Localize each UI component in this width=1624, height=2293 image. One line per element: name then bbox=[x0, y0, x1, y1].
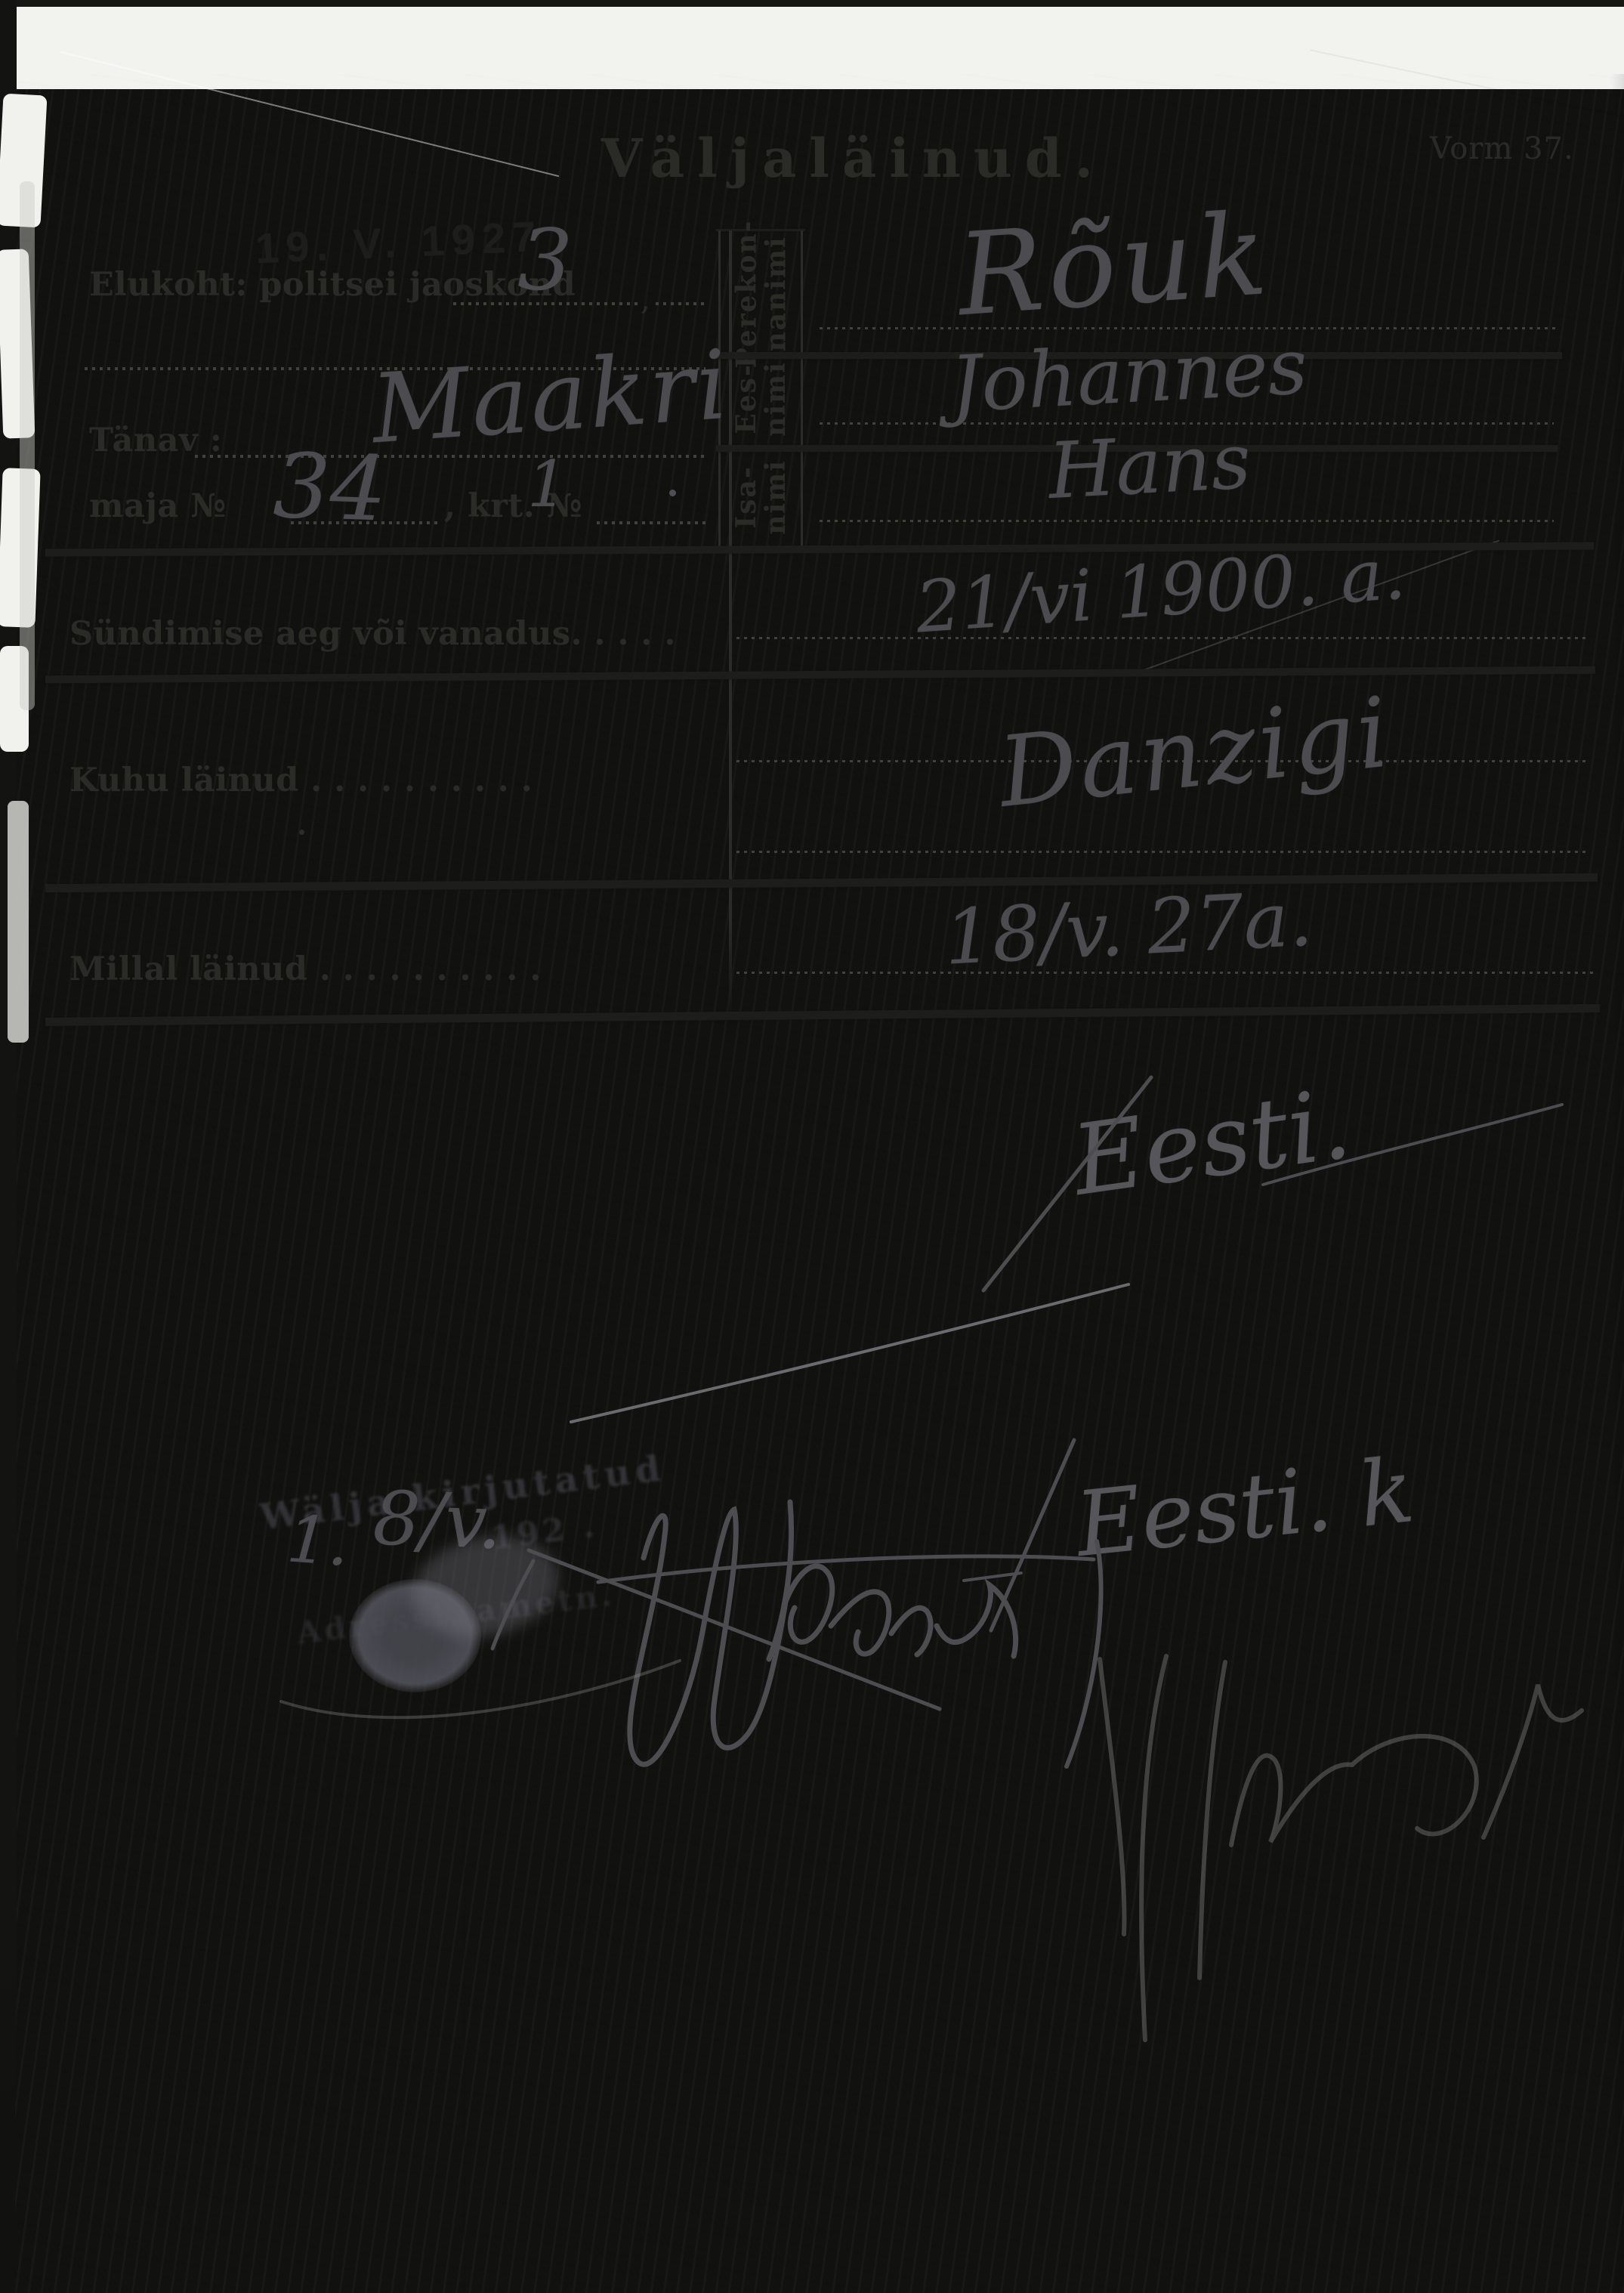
eesti-k-slash-stroke bbox=[991, 1440, 1074, 1630]
signature-stroke bbox=[831, 1592, 889, 1654]
pencil-stroke bbox=[1199, 1662, 1225, 1978]
signature-stroke bbox=[630, 1510, 786, 1764]
signature-stroke bbox=[891, 1608, 931, 1655]
pencil-stroke bbox=[1231, 1756, 1352, 1845]
handwriting-strokes-overlay bbox=[0, 0, 1624, 2293]
pencil-stroke bbox=[1484, 1685, 1582, 1837]
signature-stroke bbox=[937, 1585, 1016, 1656]
signature bbox=[630, 1502, 1016, 1764]
eesti-slash-stroke bbox=[983, 1077, 1151, 1290]
pencil-stroke bbox=[1352, 1736, 1477, 1834]
pencil-stroke bbox=[1100, 1659, 1124, 1934]
pencil-stroke bbox=[1141, 1656, 1166, 2040]
ink-stroke-group bbox=[281, 1077, 1562, 1766]
stamp-tick-stroke bbox=[492, 1561, 533, 1649]
pencil-scribble-group bbox=[1100, 1656, 1582, 2040]
scanned-document: Väljaläinud. Vorm 37. 19. V. 1927 Elukoh… bbox=[0, 0, 1624, 2293]
diagonal-line bbox=[571, 1284, 1128, 1422]
stamp-underline bbox=[281, 1661, 680, 1717]
signature-flourish bbox=[1067, 1541, 1101, 1766]
eesti-crossbar-stroke bbox=[1263, 1105, 1562, 1185]
signature-stroke bbox=[786, 1566, 832, 1642]
